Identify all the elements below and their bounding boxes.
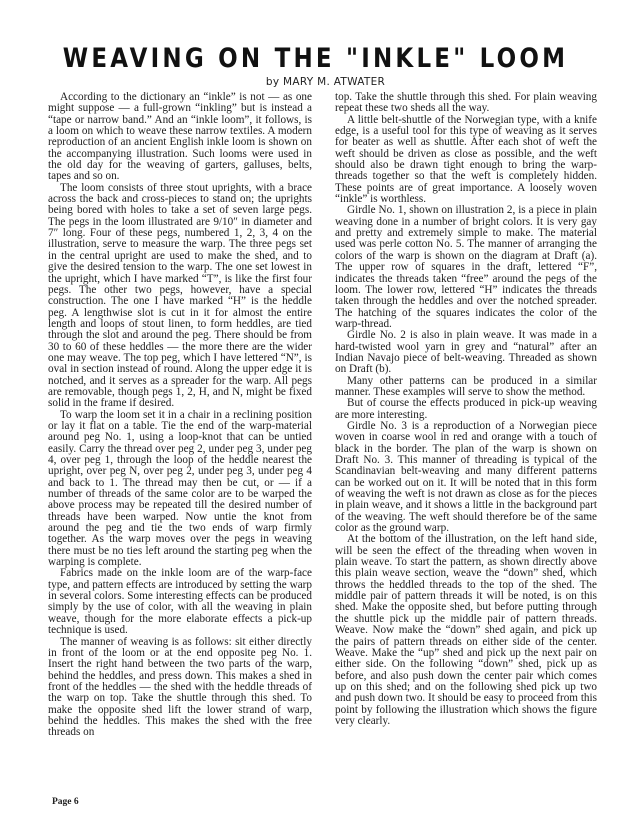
paragraph: The loom consists of three stout upright… xyxy=(48,183,312,410)
right-column: top. Take the shuttle through this shed.… xyxy=(335,92,597,727)
paragraph: But of course the effects produced in pi… xyxy=(335,398,597,421)
paragraph: The manner of weaving is as follows: sit… xyxy=(48,637,312,739)
paragraph: Many other patterns can be produced in a… xyxy=(335,376,597,399)
article-title: WEAVING ON THE "INKLE" LOOM xyxy=(0,44,631,74)
left-column: According to the dictionary an “inkle” i… xyxy=(48,92,312,739)
paragraph: A little belt-shuttle of the Norwegian t… xyxy=(335,115,597,206)
paragraph: According to the dictionary an “inkle” i… xyxy=(48,92,312,183)
paragraph: Girdle No. 1, shown on illustration 2, i… xyxy=(335,205,597,330)
article-byline: by MARY M. ATWATER xyxy=(0,76,631,88)
paragraph: Girdle No. 3 is a reproduction of a Norw… xyxy=(335,421,597,534)
paragraph: Girdle No. 2 is also in plain weave. It … xyxy=(335,330,597,375)
paragraph: Fabrics made on the inkle loom are of th… xyxy=(48,568,312,636)
page-number: Page 6 xyxy=(52,797,79,807)
paragraph: To warp the loom set it in a chair in a … xyxy=(48,410,312,569)
paragraph-continuation: top. Take the shuttle through this shed.… xyxy=(335,92,597,115)
paragraph: At the bottom of the illustration, on th… xyxy=(335,534,597,727)
